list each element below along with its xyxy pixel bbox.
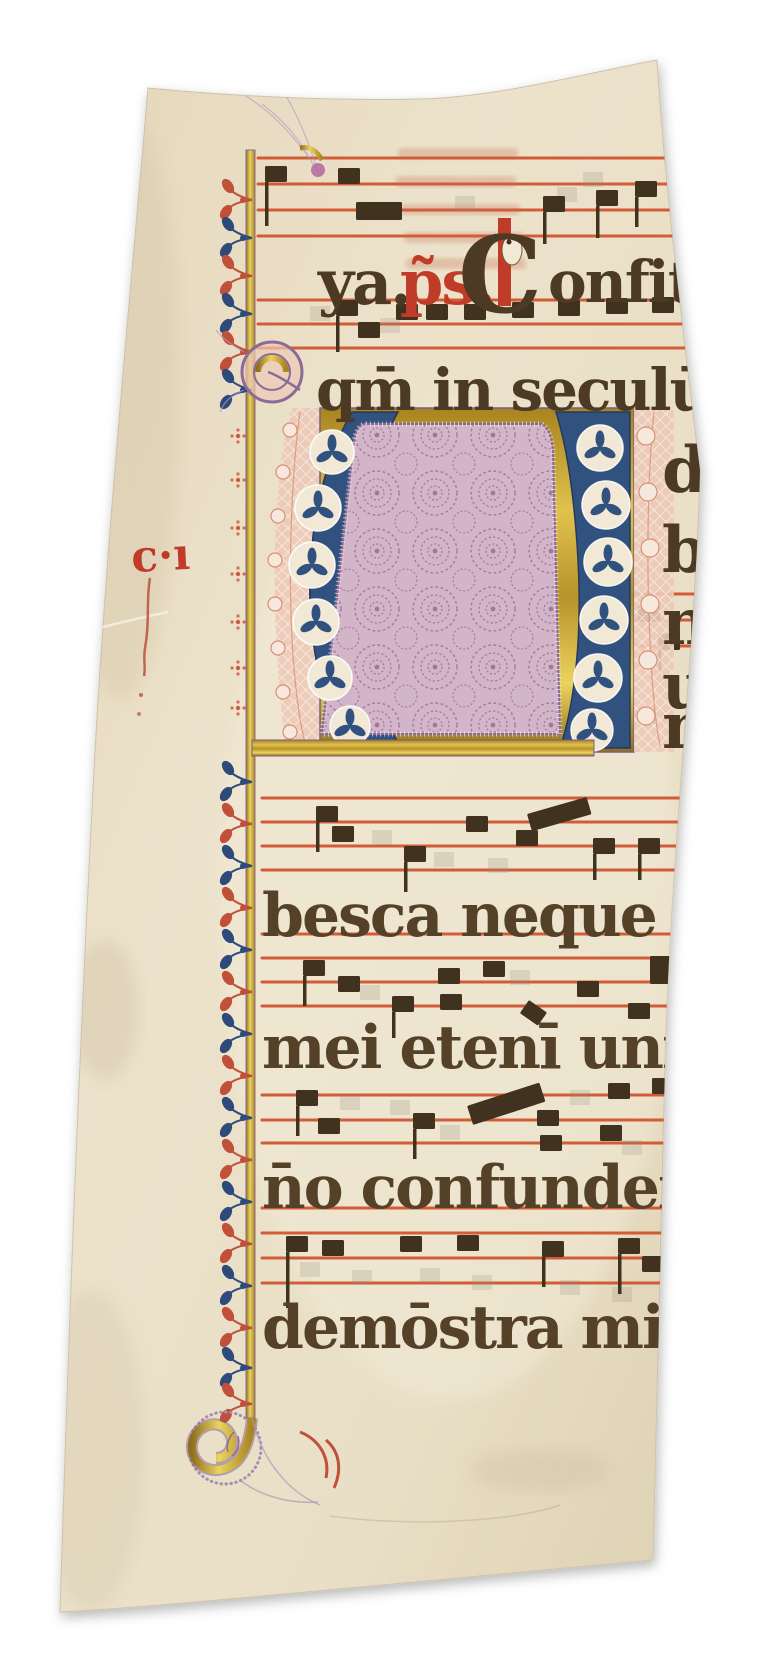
flower-center [236,706,240,710]
trefoil-medallion [580,596,628,644]
flower-center [236,434,240,438]
neume [332,826,354,842]
cutoff-letters: dbnun [662,433,708,764]
neume [577,981,599,997]
ghost-neume [455,196,475,211]
ghost-neume [390,1100,410,1115]
trefoil-medallion [577,425,623,471]
flower-center [236,620,240,624]
ghost-neume [372,830,392,845]
trefoil-petal [326,661,335,678]
neume [303,960,325,976]
flower-center [236,666,240,670]
trefoil-center [604,503,609,508]
flourish-bud [240,989,246,995]
ghost-neume [300,1262,320,1277]
flower-petal [236,484,239,487]
frame-circle [641,539,659,557]
flower-petal [242,478,245,481]
flourish-bud [240,1073,246,1079]
trefoil-medallion [582,481,630,529]
neume [483,961,505,977]
trefoil-petal [594,661,603,678]
frame-circle [637,707,655,725]
flourish-bud [240,1115,246,1121]
neume-stem [316,822,320,852]
trefoil-medallion [289,542,335,588]
neume [440,994,462,1010]
trefoil-center [596,676,601,681]
flower-petal [236,660,239,663]
flower-petal [242,666,245,669]
neume-stem [265,182,269,226]
neume [608,1083,630,1099]
neume [618,1238,640,1254]
flourish-bud [240,311,246,317]
flourish-bud [240,821,246,827]
neume [358,322,380,338]
neume [542,1241,564,1257]
neume [356,202,402,220]
showthrough-text [396,176,516,187]
chant-line-5: n̄o confundenti [262,1153,747,1223]
flourish-bud [240,1325,246,1331]
flourish-bud [240,1199,246,1205]
flourish-bud [240,1157,246,1163]
neume [466,816,488,832]
ghost-neume [472,1275,492,1290]
trefoil-center [328,676,333,681]
ghost-neume [380,318,400,333]
trefoil-petal [596,431,605,448]
neume [593,838,615,854]
neume [338,168,360,184]
trefoil-center [316,506,321,511]
neume [392,996,414,1012]
ghost-neume [360,985,380,1000]
flower-center [236,478,240,482]
ghost-neume [510,970,530,985]
flower-petal [236,520,239,523]
ghost-neume [340,1095,360,1110]
frame-scallop [268,553,282,567]
neume [635,181,657,197]
ghost-neume [570,1090,590,1105]
red-drip-dot [137,712,141,716]
neume [400,1236,422,1252]
trefoil-center [310,563,315,568]
flower-petal [236,614,239,617]
flourish-bud [240,779,246,785]
flower-petal [236,712,239,715]
trefoil-petal [588,713,597,730]
neume [596,190,618,206]
flourish-bud [240,235,246,241]
flourish-bud [240,197,246,203]
ghost-neume [488,858,508,873]
flower-petal [242,526,245,529]
frame-circle [641,595,659,613]
flower-petal [236,532,239,535]
initial-rosette-panel [322,424,560,734]
flourish-bud [240,273,246,279]
trefoil-medallion [308,656,352,700]
neume [600,1125,622,1141]
neume-stem [336,316,340,352]
flourish-bud [240,1401,246,1407]
red-drip-dot [139,693,143,697]
trefoil-petal [314,491,323,508]
frame-scallop [276,685,290,699]
chant-line-3: besca neque irr [262,881,758,951]
flower-petal [242,434,245,437]
frame-scallop [283,725,297,739]
trefoil-center [606,560,611,565]
chant-line-6: demōstra michi [262,1293,761,1363]
frame-circle [639,483,657,501]
flourish-bud [240,863,246,869]
flower-petal [236,672,239,675]
flourish-bud [240,905,246,911]
trefoil-petal [600,603,609,620]
neume-stem [296,1106,300,1136]
neume [318,1118,340,1134]
frame-circle [637,427,655,445]
neume [316,806,338,822]
neume-stem [303,976,307,1006]
frame-circle [639,651,657,669]
trefoil-medallion [310,430,354,474]
neume-stem [596,206,600,238]
frame-scallop [268,597,282,611]
neume-stem [638,854,642,880]
trefoil-center [590,728,595,733]
trefoil-center [598,446,603,451]
trefoil-petal [312,605,321,622]
frame-scallop [276,465,290,479]
trefoil-petal [308,548,317,565]
chant-line-1: onfitemı [548,248,773,316]
trefoil-center [602,618,607,623]
trefoil-medallion [584,538,632,586]
flower-petal [230,434,233,437]
neume [438,968,460,984]
neume [413,1113,435,1129]
trefoil-center [314,620,319,625]
flower-petal [236,566,239,569]
neume [338,976,360,992]
chant-line-2: qm̄ in seculū p [316,356,767,424]
neume [543,196,565,212]
margin-mark: c·ı [130,529,191,583]
neume-stem [593,854,597,880]
flower-petal [242,572,245,575]
ghost-neume [583,172,603,187]
flower-center [236,526,240,530]
initial-gold-baseline [252,740,594,756]
neume [537,1110,559,1126]
chant-line-4: mei etenī uniu [262,1013,725,1083]
neume [296,1090,318,1106]
flower-petal [230,572,233,575]
neume-stem [543,212,547,244]
frame-scallop [271,509,285,523]
neume [286,1236,308,1252]
ghost-neume [434,852,454,867]
trefoil-medallion [295,485,341,531]
neume-stem [618,1254,622,1294]
flower-petal [230,620,233,623]
trefoil-center [348,724,353,729]
trefoil-center [330,450,335,455]
trefoil-petal [602,488,611,505]
flower-petal [236,626,239,629]
flower-petal [236,428,239,431]
flourish-bud [240,1365,246,1371]
neume [540,1135,562,1151]
manuscript-photo: ya. p̃s. C onfitemı qm̄ in seculū p besc… [0,0,773,1680]
flower-petal [236,578,239,581]
neume [457,1235,479,1251]
neume-stem [635,197,639,227]
trefoil-petal [346,709,355,726]
initial-letter-c: C [458,212,542,337]
flower-petal [230,478,233,481]
frame-scallop [271,641,285,655]
flourish-bud [240,947,246,953]
neume [516,830,538,846]
ghost-neume [420,1268,440,1283]
chant-incipit-end: ya. [317,246,410,319]
flower-center [236,572,240,576]
flourish-bud [240,1031,246,1037]
flourish-bud [240,1283,246,1289]
ghost-neume [352,1270,372,1285]
flower-petal [230,706,233,709]
neume [404,846,426,862]
neume [322,1240,344,1256]
flower-petal [242,620,245,623]
flower-petal [230,526,233,529]
neume [638,838,660,854]
trefoil-petal [604,545,613,562]
frame-scallop [283,423,297,437]
neume-stem [542,1257,546,1287]
flower-petal [236,440,239,443]
neume [265,166,287,182]
flourish-bud [240,1241,246,1247]
flower-petal [230,666,233,669]
flower-petal [242,706,245,709]
showthrough-text [398,148,518,159]
flower-petal [236,472,239,475]
ghost-neume [440,1125,460,1140]
trefoil-medallion [293,599,339,645]
trefoil-medallion [574,654,622,702]
trefoil-petal [328,435,337,452]
flower-petal [236,700,239,703]
